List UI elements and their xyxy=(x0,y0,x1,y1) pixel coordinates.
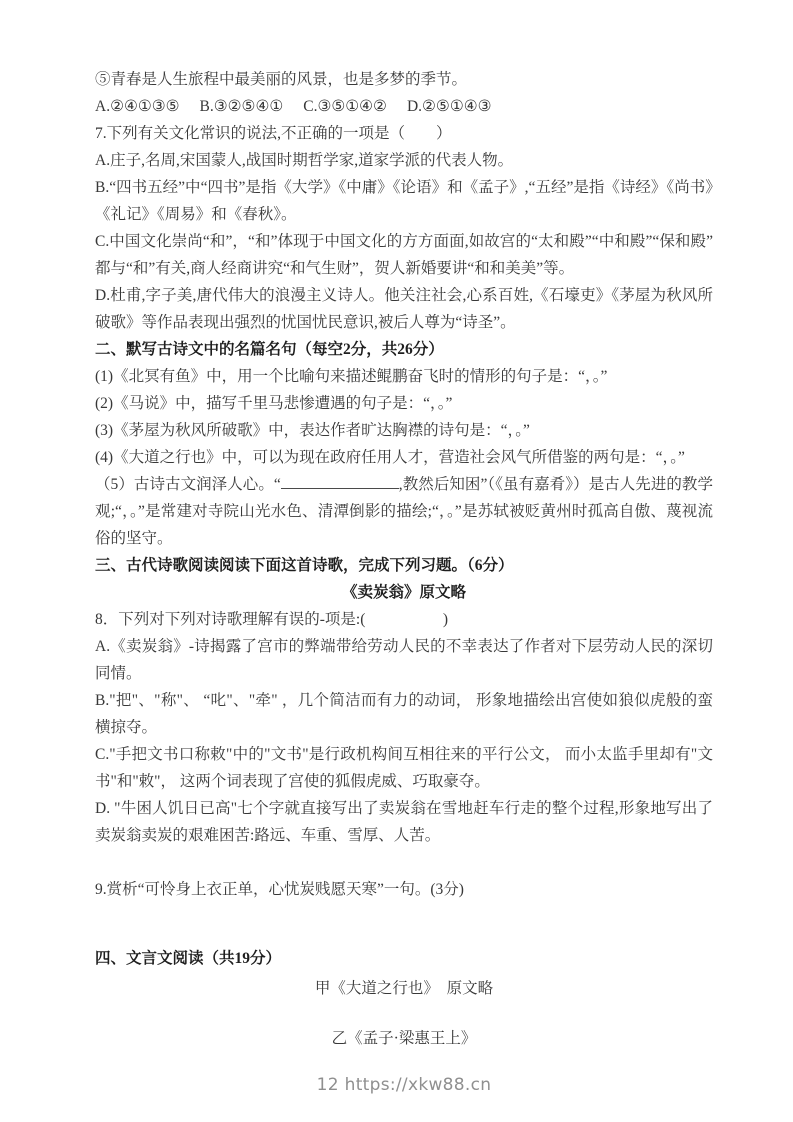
question8-option-b: B."把"、"称"、 “叱"、"牵" ，几个简洁而有力的动词， 形象地描绘出宫使… xyxy=(95,687,713,741)
sentence-order-option-a: A.②④①③⑤ xyxy=(95,93,180,120)
dictation-item-2: (2)《马说》中，描写千里马悲惨遭遇的句子是：“，。” xyxy=(95,390,713,417)
question7-option-d: D.杜甫,字子美,唐代伟大的浪漫主义诗人。他关注社会,心系百姓,《石壕吏》《茅屋… xyxy=(95,282,713,336)
page-number: 12 xyxy=(317,1075,339,1095)
question8-stem: 8．下列对下列对诗歌理解有误的-项是:( ) xyxy=(95,606,713,633)
question7-stem: 7.下列有关文化常识的说法,不正确的一项是（ ） xyxy=(95,120,713,147)
sentence-order-option-d: D.②⑤①④③ xyxy=(407,93,492,120)
question8-option-d: D. "牛困人饥日已高"七个字就直接写出了卖炭翁在雪地赶车行走的整个过程,形象地… xyxy=(95,795,713,849)
answer-blank-underline xyxy=(281,475,399,489)
question8-option-a: A.《卖炭翁》-诗揭露了宫市的弊端带给劳动人民的不幸表达了作者对下层劳动人民的深… xyxy=(95,633,713,687)
sentence-order-option-c: C.③⑤①④② xyxy=(303,93,387,120)
dictation-item-1: (1)《北冥有鱼》中，用一个比喻句来描述鲲鹏奋飞时的情形的句子是：“，。” xyxy=(95,363,713,390)
question7-option-a: A.庄子,名周,宋国蒙人,战国时期哲学家,道家学派的代表人物。 xyxy=(95,147,713,174)
exam-paper-page: ⑤青春是人生旅程中最美丽的风景，也是多梦的季节。 A.②④①③⑤ B.③②⑤④①… xyxy=(0,0,793,1122)
dictation-item-3: (3)《茅屋为秋风所破歌》中，表达作者旷达胸襟的诗句是：“，。” xyxy=(95,417,713,444)
passage-jia-title: 甲《大道之行也》 原文略 xyxy=(95,975,713,1002)
sentence-order-options-row: A.②④①③⑤ B.③②⑤④① C.③⑤①④② D.②⑤①④③ xyxy=(95,93,713,120)
page-footer: 12 https://xkw88.cn xyxy=(95,1072,713,1099)
section-three-heading: 三、古代诗歌阅读阅读下面这首诗歌，完成下列习题。（6分） xyxy=(95,552,713,579)
passage-yi-title: 乙《孟子·梁惠王上》 xyxy=(95,1025,713,1052)
sentence-order-item-5: ⑤青春是人生旅程中最美丽的风景，也是多梦的季节。 xyxy=(95,66,713,93)
question9-stem: 9.赏析“可怜身上衣正单，心忧炭贱愿天寒”一句。(3分) xyxy=(95,876,713,903)
dictation-item-5-prefix: （5）古诗古文润泽人心。“ xyxy=(95,476,281,493)
question8-option-c: C."手把文书口称敕"中的"文书"是行政机构间互相往来的平行公文， 而小太监手里… xyxy=(95,741,713,795)
dictation-item-5: （5）古诗古文润泽人心。“,教然后知困”（《虽有嘉肴》）是古人先进的教学观;“，… xyxy=(95,471,713,552)
question7-option-b: B.“四书五经”中“四书”是指《大学》《中庸》《论语》和《孟子》,“五经”是指《… xyxy=(95,174,713,228)
section-four-heading: 四、文言文阅读（共19分） xyxy=(95,945,713,972)
sentence-order-option-b: B.③②⑤④① xyxy=(200,93,284,120)
section-two-heading: 二、默写古诗文中的名篇名句（每空2分，共26分） xyxy=(95,336,713,363)
section-four-block: 四、文言文阅读（共19分） 甲《大道之行也》 原文略 乙《孟子·梁惠王上》 12… xyxy=(95,945,713,1116)
question7-option-c: C.中国文化崇尚“和”，“和”体现于中国文化的方方面面,如故宫的“太和殿”“中和… xyxy=(95,228,713,282)
poem-title: 《卖炭翁》原文略 xyxy=(95,579,713,606)
dictation-item-4: (4)《大道之行也》中，可以为现在政府任用人才，营造社会风气所借鉴的两句是：“，… xyxy=(95,444,713,471)
footer-url: https://xkw88.cn xyxy=(345,1075,492,1095)
